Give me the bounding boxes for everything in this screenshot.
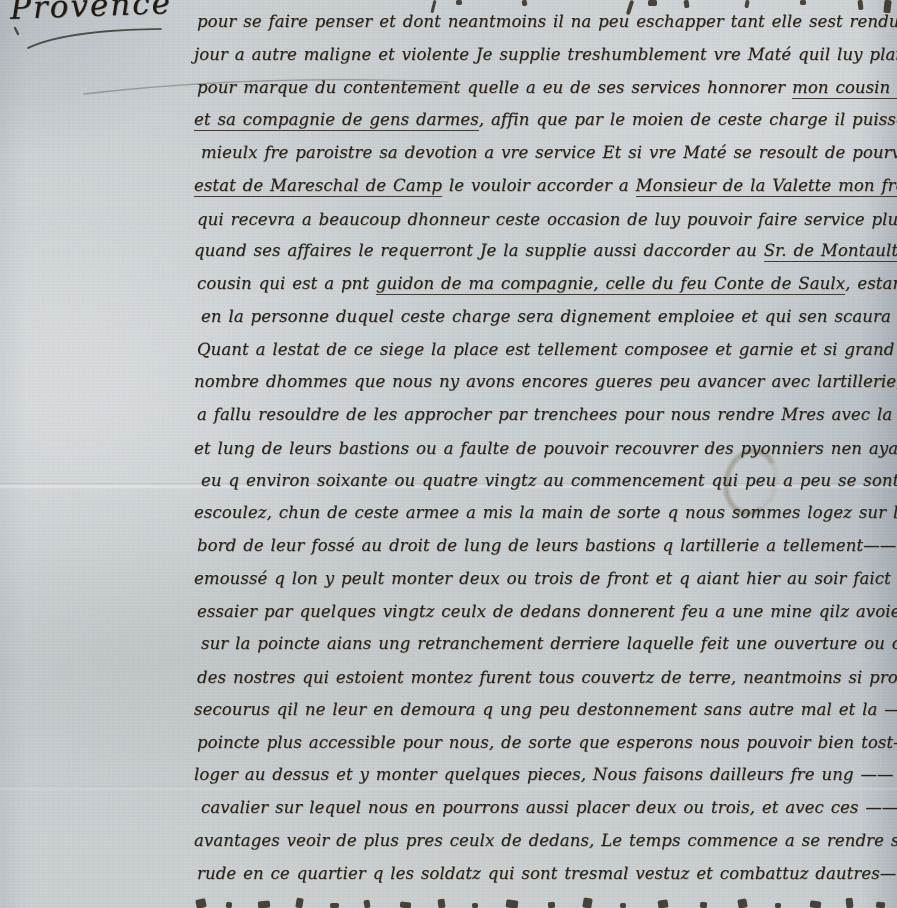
line-text: cousin qui est a pnt [197, 274, 376, 293]
manuscript-line: en la personne duquel ceste charge sera … [201, 301, 897, 334]
manuscript-line: bord de leur fossé au droit de lung de l… [197, 530, 897, 563]
line-text: emoussé q lon y peult monter deux ou tro… [194, 569, 897, 588]
manuscript-line: loger au dessus et y monter quelques pie… [194, 759, 897, 792]
line-text: a fallu resouldre de les approcher par t… [197, 405, 897, 424]
ink-stroke-fragment [620, 903, 626, 908]
ink-stroke-fragment [845, 898, 853, 908]
manuscript-line: nombre dhommes que nous ny avons encores… [194, 366, 897, 399]
manuscript-line: cavalier sur lequel nous en pourrons aus… [201, 792, 897, 825]
line-text: essaier par quelques vingtz ceulx de ded… [197, 602, 897, 621]
manuscript-line: emoussé q lon y peult monter deux ou tro… [194, 563, 897, 596]
ink-stroke-fragment [472, 903, 478, 908]
manuscript-lines: pour se faire penser et dont neantmoins … [197, 6, 897, 890]
ink-stroke-fragment [700, 902, 708, 908]
ink-stroke-fragment [548, 902, 556, 908]
ink-stroke-fragment [800, 0, 806, 5]
line-text: bord de leur fossé au droit de lung de l… [197, 536, 896, 555]
manuscript-line: rude en ce quartier q les soldatz qui so… [197, 858, 897, 891]
ink-stroke-fragment [456, 0, 462, 5]
line-text: et lung de leurs bastions ou a faulte de… [194, 439, 897, 458]
line-text: eu q environ soixante ou quatre vingtz a… [201, 471, 897, 490]
manuscript-line: pour se faire penser et dont neantmoins … [197, 6, 897, 39]
line-text: , affin que par le moien de ceste charge… [479, 110, 897, 129]
manuscript-line: poincte plus accessible pour nous, de so… [197, 727, 897, 760]
line-text: avantages veoir de plus pres ceulx de de… [194, 831, 897, 850]
manuscript-line: estat de Mareschal de Camp le vouloir ac… [194, 170, 897, 203]
line-text: loger au dessus et y monter quelques pie… [194, 765, 894, 784]
ink-stroke-fragment [400, 901, 412, 908]
ink-stroke-fragment [737, 898, 747, 908]
manuscript-line: eu q environ soixante ou quatre vingtz a… [201, 465, 897, 498]
line-text: rude en ce quartier q les soldatz qui so… [197, 864, 897, 883]
manuscript-line: Quant a lestat de ce siege la place est … [197, 334, 897, 367]
manuscript-line: et lung de leurs bastions ou a faulte de… [194, 433, 897, 466]
line-text: jour a autre maligne et violente Je supp… [194, 45, 897, 64]
ink-stroke-fragment [226, 902, 233, 908]
reader-underlined-phrase: estat de Mareschal de Camp [194, 176, 442, 197]
manuscript-line: escoulez, chun de ceste armee a mis la m… [194, 497, 897, 530]
manuscript-line: cousin qui est a pnt guidon de ma compag… [197, 268, 897, 301]
line-text: poincte plus accessible pour nous, de so… [197, 733, 897, 752]
line-text: des nostres qui estoient montez furent t… [197, 668, 897, 687]
manuscript-line: avantages veoir de plus pres ceulx de de… [194, 825, 897, 858]
manuscript-page: Provence pour se faire penser et dont ne… [0, 0, 897, 908]
ink-stroke-fragment [810, 900, 822, 908]
manuscript-line: secourus qil ne leur en demoura q ung pe… [194, 694, 897, 727]
ink-stroke-fragment [363, 900, 370, 908]
margin-annotation: Provence [9, 0, 172, 27]
manuscript-line: des nostres qui estoient montez furent t… [197, 662, 897, 695]
manuscript-line: jour a autre maligne et violente Je supp… [194, 39, 897, 72]
line-text: en la personne duquel ceste charge sera … [201, 307, 897, 326]
reader-underlined-phrase: Sr. de Montault mon [764, 241, 897, 262]
line-text: sur la poincte aians ung retranchement d… [201, 634, 897, 653]
ink-stroke-fragment [775, 903, 781, 908]
line-text: nombre dhommes que nous ny avons encores… [194, 372, 897, 391]
line-text: secourus qil ne leur en demoura q ung pe… [194, 700, 897, 719]
line-text: mieulx fre paroistre sa devotion a vre s… [201, 143, 897, 162]
line-text: Quant a lestat de ce siege la place est … [197, 340, 897, 359]
line-text: , estant gentilhoe [845, 274, 897, 293]
reader-underlined-phrase: guidon de ma compagnie, celle du feu Con… [376, 274, 845, 295]
ink-stroke-fragment [295, 897, 304, 908]
ink-stroke-fragment [330, 903, 339, 908]
manuscript-line: quand ses affaires le requerront Je la s… [194, 235, 897, 268]
line-text: cavalier sur lequel nous en pourrons aus… [201, 798, 897, 817]
line-text: qui recevra a beaucoup dhonneur ceste oc… [197, 210, 897, 229]
line-text: quand ses affaires le requerront Je la s… [194, 241, 764, 260]
manuscript-line: qui recevra a beaucoup dhonneur ceste oc… [197, 204, 897, 237]
ink-stroke-fragment [258, 900, 271, 908]
ink-stroke-fragment [657, 899, 668, 908]
reader-underlined-phrase: Monsieur de la Valette mon frere [636, 176, 897, 197]
ink-stroke-fragment [582, 897, 593, 908]
ink-stroke-fragment [437, 899, 445, 908]
manuscript-line: essaier par quelques vingtz ceulx de ded… [197, 596, 897, 629]
manuscript-line: mieulx fre paroistre sa devotion a vre s… [201, 137, 897, 170]
manuscript-line: pour marque du contentement quelle a eu … [197, 72, 897, 105]
manuscript-line: sur la poincte aians ung retranchement d… [201, 628, 897, 661]
line-text: escoulez, chun de ceste armee a mis la m… [194, 503, 897, 522]
manuscript-line: a fallu resouldre de les approcher par t… [197, 399, 897, 432]
ink-stroke-fragment [506, 899, 519, 908]
reader-underlined-phrase: mon cousin son filz [792, 78, 897, 99]
line-text: pour se faire penser et dont neantmoins … [197, 12, 897, 31]
ink-stroke-fragment [195, 898, 207, 908]
line-text: le vouloir accorder a [442, 176, 636, 195]
manuscript-line: et sa compagnie de gens darmes, affin qu… [194, 104, 897, 137]
ink-stroke-fragment [876, 902, 886, 908]
line-text: pour marque du contentement quelle a eu … [197, 78, 792, 97]
reader-underlined-phrase: et sa compagnie de gens darmes [194, 110, 479, 131]
